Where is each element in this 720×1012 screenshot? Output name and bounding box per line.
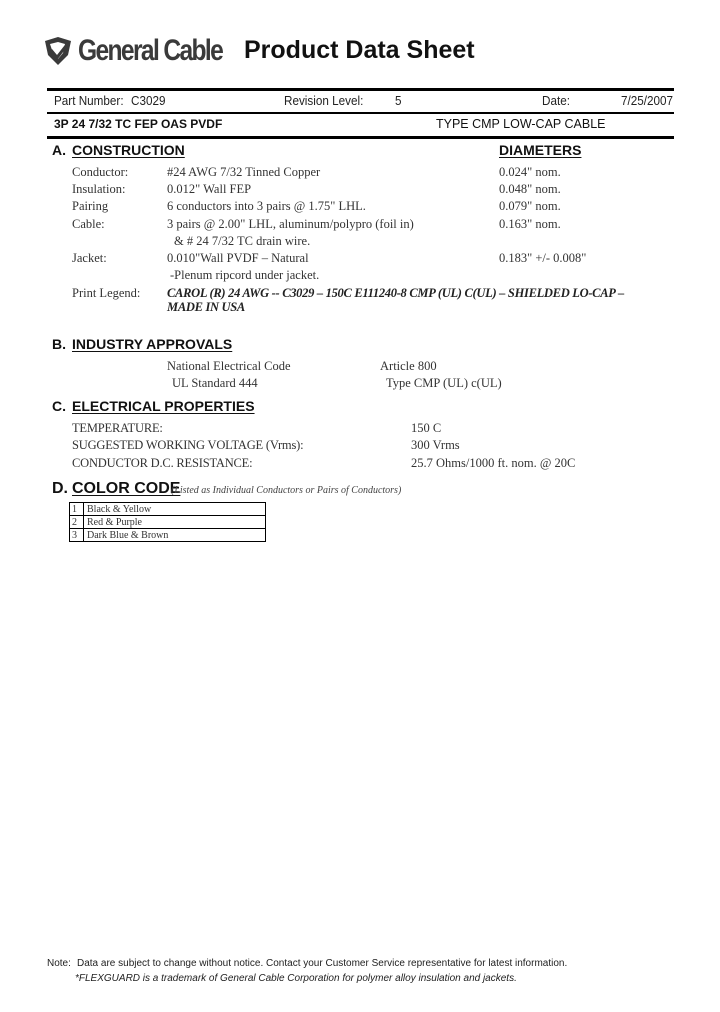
print-legend: CAROL (R) 24 AWG -- C3029 – 150C E111240… — [167, 286, 624, 301]
divider — [47, 88, 674, 91]
diameters-title: DIAMETERS — [499, 142, 581, 158]
diameter-value: 0.048" nom. — [499, 182, 561, 197]
property-label: SUGGESTED WORKING VOLTAGE (Vrms): — [72, 438, 303, 453]
spec-label: Cable: — [72, 217, 105, 232]
brand-logo: General Cable — [42, 34, 254, 68]
spec-label: Conductor: — [72, 165, 128, 180]
table-row: 3 Dark Blue & Brown — [70, 529, 266, 542]
approval-value: Type CMP (UL) c(UL) — [386, 376, 502, 391]
revision-level: 5 — [395, 93, 402, 108]
date-label: Date: — [542, 93, 570, 108]
diameter-value: 0.024" nom. — [499, 165, 561, 180]
revision-label: Revision Level: — [284, 93, 363, 108]
shield-check-icon — [42, 35, 74, 67]
property-value: 150 C — [411, 421, 441, 436]
part-number-label: Part Number: — [54, 93, 124, 108]
pair-colors: Dark Blue & Brown — [84, 529, 266, 542]
spec-label: Insulation: — [72, 182, 125, 197]
footer-note-label: Note: — [47, 958, 71, 969]
table-row: 2 Red & Purple — [70, 516, 266, 529]
brand-name: General Cable — [78, 34, 222, 68]
spec-value-continued: -Plenum ripcord under jacket. — [170, 268, 319, 283]
spec-value: #24 AWG 7/32 Tinned Copper — [167, 165, 320, 180]
section-title-color-code: COLOR CODE — [72, 480, 180, 498]
pair-number: 3 — [70, 529, 84, 542]
product-type: TYPE CMP LOW-CAP CABLE — [436, 117, 606, 131]
approval-value: Article 800 — [380, 359, 437, 374]
property-value: 300 Vrms — [411, 438, 460, 453]
table-row: 1 Black & Yellow — [70, 503, 266, 516]
spec-value: 0.010"Wall PVDF – Natural — [167, 251, 309, 266]
print-legend-label: Print Legend: — [72, 286, 140, 301]
diameter-value: 0.183" +/- 0.008" — [499, 251, 586, 266]
divider — [47, 112, 674, 114]
property-label: CONDUCTOR D.C. RESISTANCE: — [72, 456, 252, 471]
spec-label: Pairing — [72, 199, 108, 214]
page-title: Product Data Sheet — [244, 36, 475, 65]
approval-standard: National Electrical Code — [167, 359, 291, 374]
section-letter: D. — [52, 480, 68, 498]
date-value: 7/25/2007 — [621, 93, 673, 108]
pair-colors: Black & Yellow — [84, 503, 266, 516]
section-title-electrical: ELECTRICAL PROPERTIES — [72, 398, 255, 414]
pair-colors: Red & Purple — [84, 516, 266, 529]
divider — [47, 136, 674, 139]
section-letter: A. — [52, 142, 66, 158]
section-title-approvals: INDUSTRY APPROVALS — [72, 336, 232, 352]
diameter-value: 0.079" nom. — [499, 199, 561, 214]
spec-value-continued: & # 24 7/32 TC drain wire. — [174, 234, 310, 249]
property-value: 25.7 Ohms/1000 ft. nom. @ 20C — [411, 456, 575, 471]
product-description: 3P 24 7/32 TC FEP OAS PVDF — [54, 117, 222, 131]
spec-label: Jacket: — [72, 251, 107, 266]
color-code-note: (Listed as Individual Conductors or Pair… — [171, 485, 401, 496]
section-letter: B. — [52, 336, 66, 352]
color-code-table: 1 Black & Yellow 2 Red & Purple 3 Dark B… — [69, 502, 266, 542]
section-letter: C. — [52, 398, 66, 414]
part-number: C3029 — [131, 93, 165, 108]
section-title-construction: CONSTRUCTION — [72, 142, 185, 158]
spec-value: 0.012" Wall FEP — [167, 182, 251, 197]
footer-trademark: *FLEXGUARD is a trademark of General Cab… — [75, 973, 517, 984]
spec-value: 3 pairs @ 2.00" LHL, aluminum/polypro (f… — [167, 217, 414, 232]
diameter-value: 0.163" nom. — [499, 217, 561, 232]
approval-standard: UL Standard 444 — [172, 376, 258, 391]
footer-note: Data are subject to change without notic… — [77, 958, 567, 969]
print-legend-continued: MADE IN USA — [167, 300, 245, 315]
pair-number: 2 — [70, 516, 84, 529]
property-label: TEMPERATURE: — [72, 421, 163, 436]
spec-value: 6 conductors into 3 pairs @ 1.75" LHL. — [167, 199, 366, 214]
pair-number: 1 — [70, 503, 84, 516]
